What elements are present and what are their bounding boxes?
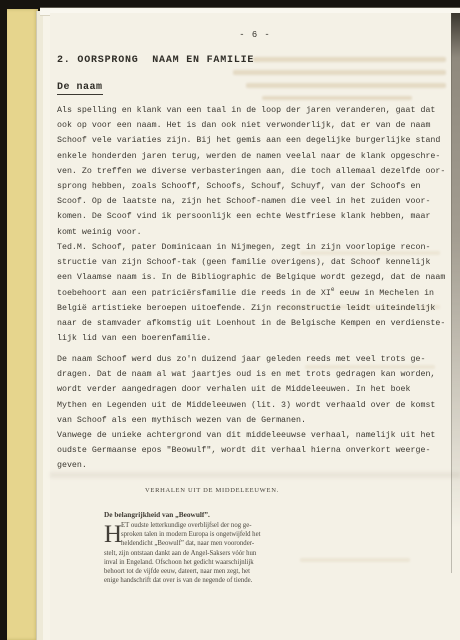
paragraph-line: geven. [57,458,455,473]
ink-bleed-mark [262,96,412,100]
paragraph-line: oudste Germaanse epos "Beowulf", wordt d… [57,443,455,458]
document-page: - 6 - 2. OORSPRONG NAAM EN FAMILIE De na… [50,13,460,640]
paragraph-3: De naam Schoof werd dus zo'n duizend jaa… [57,352,455,474]
clipping-line: enige handschrift dat over is van de neg… [104,576,276,585]
paragraph-line: ook op voor een naam. Het is dan ook nie… [57,118,455,133]
paragraph-line: van Schoof als een mythisch wezen van de… [57,413,455,428]
clipping-body: H ET oudste letterkundige overblijfsel d… [104,521,276,585]
paragraph-line: komt weinig voor. [57,225,455,240]
clipping-line: sproken talen in modern Europa is ongetw… [104,530,276,539]
page-edge-shadow [451,13,460,573]
paragraph-line: Vanwege de unieke achtergrond van dit mi… [57,428,455,443]
paragraph-line: België artistieke beroepen uitoefende. Z… [57,301,455,316]
clipping-drop-cap: H [104,522,122,547]
page-number: - 6 - [50,30,460,40]
paragraph-line: De naam Schoof werd dus zo'n duizend jaa… [57,352,455,367]
subsection-heading: De naam [57,82,103,95]
ink-bleed-mark [233,70,446,75]
paragraph-line: dragen. Dat de naam al wat jaartjes oud … [57,367,455,382]
section-heading: 2. OORSPRONG NAAM EN FAMILIE [57,55,254,66]
ink-bleed-mark [253,57,446,62]
paragraph-line: Schoof vele variaties zijn. Bij het gemi… [57,133,455,148]
clipping-line: stelt, zijn ontstaan dankt aan de Angel-… [104,549,276,558]
paragraph-line: Scoof. Op de laatste na, zijn het Schoof… [57,194,455,209]
paragraph-line: Mythen en Legenden uit de Middeleeuwen (… [57,398,455,413]
ink-bleed-mark [246,83,446,88]
clipping-line: heldendicht „Beowulf” dat, naar men voor… [104,539,276,548]
clipping-line: ET oudste letterkundige overblijfsel der… [104,521,276,530]
clipping-header: VERHALEN UIT DE MIDDELEEUWEN. [145,487,279,494]
scan-background: { "page": { "number_label": "- 6 -", "se… [0,0,460,640]
binder-cover-edge [7,9,38,640]
paragraph-line: enkele honderden jaren terug, werden de … [57,149,455,164]
paragraph-line: sprong hebben, zoals Schooff, Schoofs, S… [57,179,455,194]
paragraph-line: structie van zijn Schoof-tak (geen famil… [57,255,455,270]
paragraph-line: ven. Zo treffen we diverse verbasteringe… [57,164,455,179]
paragraph-line: toebehoort aan een patriciërsfamilie die… [57,286,455,301]
line-text: eeuw in Mechelen in [334,289,434,298]
clipping-title: De belangrijkheid van „Beowulf”. [104,510,210,519]
ink-bleed-mark [300,558,410,562]
clipping-line: inval in Engeland. Ofschoon het gedicht … [104,558,276,567]
paragraph-line: Als spelling en klank van een taal in de… [57,103,455,118]
clipping-line: behoort tot de vijfde eeuw, dateert, naa… [104,567,276,576]
paragraph-line: Ted.M. Schoof, pater Dominicaan in Nijme… [57,240,455,255]
paragraph-1: Als spelling en klank van een taal in de… [57,103,455,240]
paragraph-line: wordt verder aangedragen door verhalen u… [57,382,455,397]
paragraph-line: een Vlaamse naam is. In de Bibliographic… [57,270,455,285]
line-text: toebehoort aan een patriciërsfamilie die… [57,289,331,298]
paragraph-line: naar de stamvader afkomstig uit Loenhout… [57,316,455,331]
paragraph-line: komen. De Scoof vind ik persoonlijk een … [57,209,455,224]
paragraph-2: Ted.M. Schoof, pater Dominicaan in Nijme… [57,240,455,346]
paragraph-line: lijk lid van een boerenfamilie. [57,331,455,346]
